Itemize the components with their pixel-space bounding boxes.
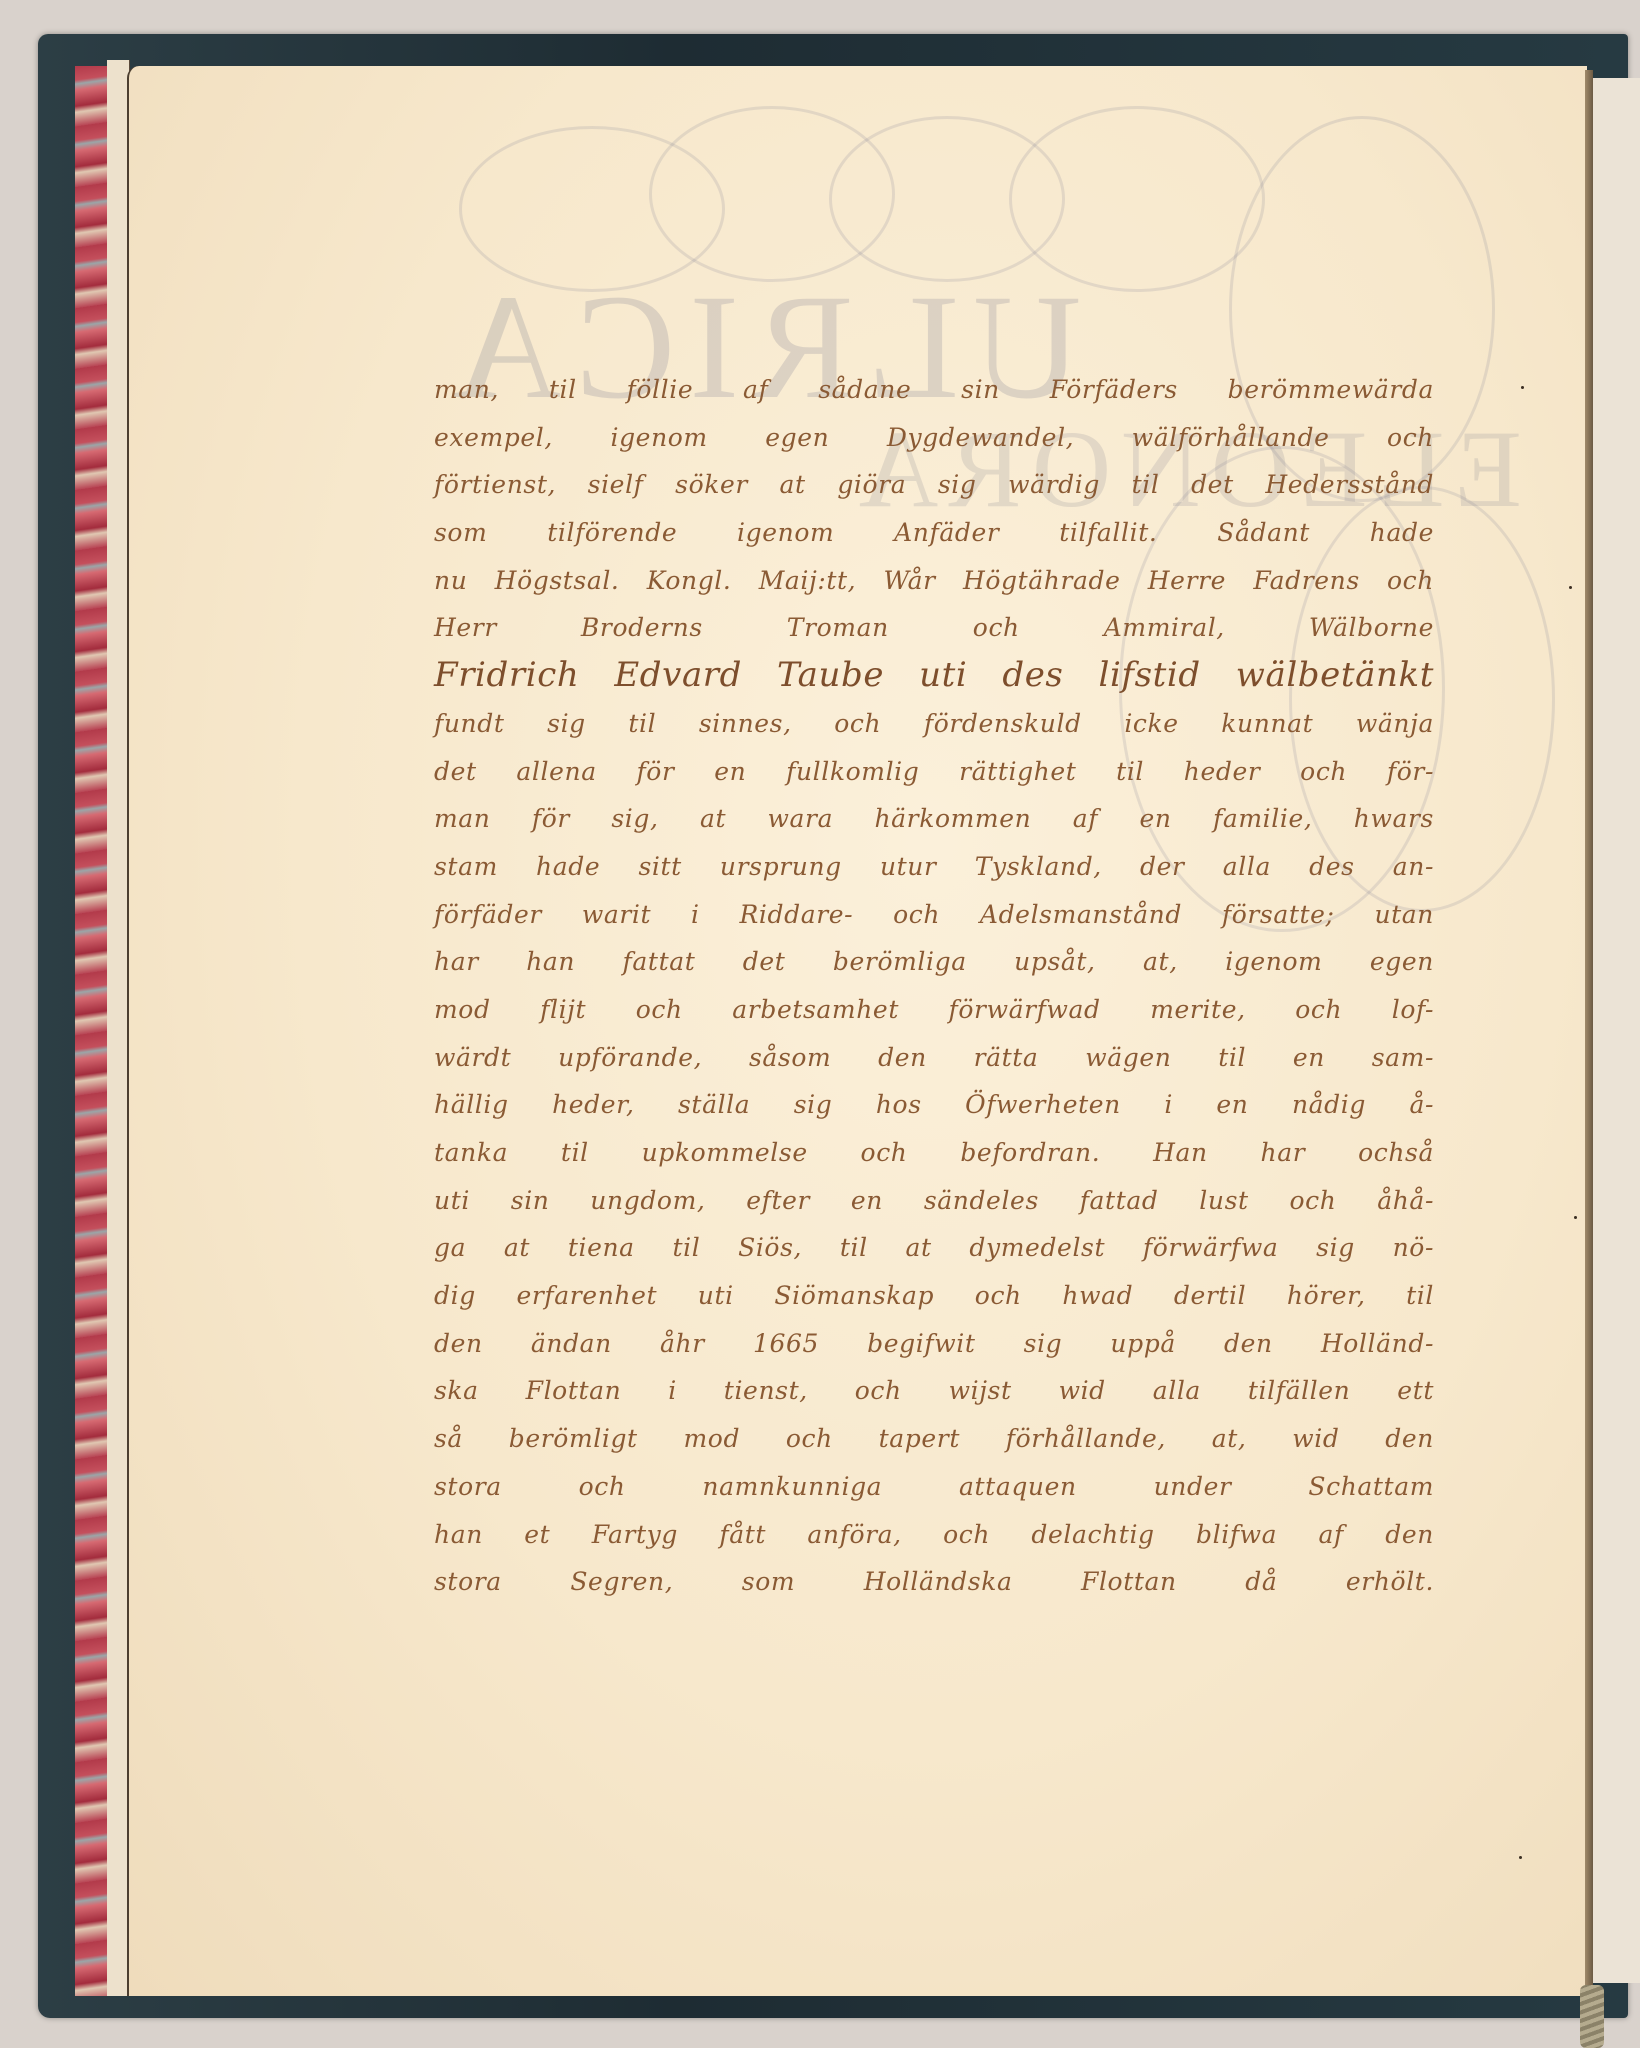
text-line: förtienst, sielf söker at giöra sig wärd… [434, 461, 1434, 509]
text-line-name: Fridrich Edvard Taube uti des lifstid wä… [434, 652, 1434, 700]
handwritten-text: man, til föllie af sådane sin Förfäders … [434, 366, 1434, 1606]
text-line: ska Flottan i tienst, och wijst wid alla… [434, 1367, 1434, 1415]
text-line: den ändan åhr 1665 begifwit sig uppå den… [434, 1320, 1434, 1368]
text-line: stora och namnkunniga attaquen under Sch… [434, 1463, 1434, 1511]
text-line: stora Segren, som Holländska Flottan då … [434, 1558, 1434, 1606]
text-line: fundt sig til sinnes, och fördenskuld ic… [434, 700, 1434, 748]
text-line: det allena för en fullkomlig rättighet t… [434, 748, 1434, 796]
text-line: så berömligt mod och tapert förhållande,… [434, 1415, 1434, 1463]
ink-speck [1569, 586, 1572, 589]
facing-page-edge [1593, 78, 1640, 1983]
text-line: ga at tiena til Siös, til at dymedelst f… [434, 1224, 1434, 1272]
text-line: Herr Broderns Troman och Ammiral, Wälbor… [434, 604, 1434, 652]
text-line: förfäder warit i Riddare- och Adelsmanst… [434, 891, 1434, 939]
text-line: man för sig, at wara härkommen af en fam… [434, 795, 1434, 843]
ink-speck [1521, 386, 1524, 389]
page-gutter [1585, 70, 1593, 1990]
bookmark-cord [1580, 1985, 1604, 2048]
manuscript-page: ULRICA ELEONORA man, til föllie af sådan… [127, 66, 1587, 1996]
text-line: nu Högstsal. Kongl. Maij:tt, Wår Högtähr… [434, 557, 1434, 605]
text-line: mod flijt och arbetsamhet förwärfwad mer… [434, 986, 1434, 1034]
text-line: som tilförende igenom Anfäder tilfallit.… [434, 509, 1434, 557]
text-line: han et Fartyg fått anföra, och delachtig… [434, 1511, 1434, 1559]
text-line: dig erfarenhet uti Siömanskap och hwad d… [434, 1272, 1434, 1320]
text-line: man, til föllie af sådane sin Förfäders … [434, 366, 1434, 414]
text-line: stam hade sitt ursprung utur Tyskland, d… [434, 843, 1434, 891]
text-line: exempel, igenom egen Dygdewandel, wälför… [434, 414, 1434, 462]
marbled-endpaper [75, 66, 107, 1996]
ink-speck [1574, 1216, 1577, 1219]
text-line: hällig heder, ställa sig hos Öfwerheten … [434, 1081, 1434, 1129]
ink-speck [1519, 1856, 1522, 1859]
text-line: tanka til upkommelse och befordran. Han … [434, 1129, 1434, 1177]
text-line: wärdt upförande, såsom den rätta wägen t… [434, 1034, 1434, 1082]
text-line: uti sin ungdom, efter en sändeles fattad… [434, 1177, 1434, 1225]
text-line: har han fattat det berömliga upsåt, at, … [434, 938, 1434, 986]
